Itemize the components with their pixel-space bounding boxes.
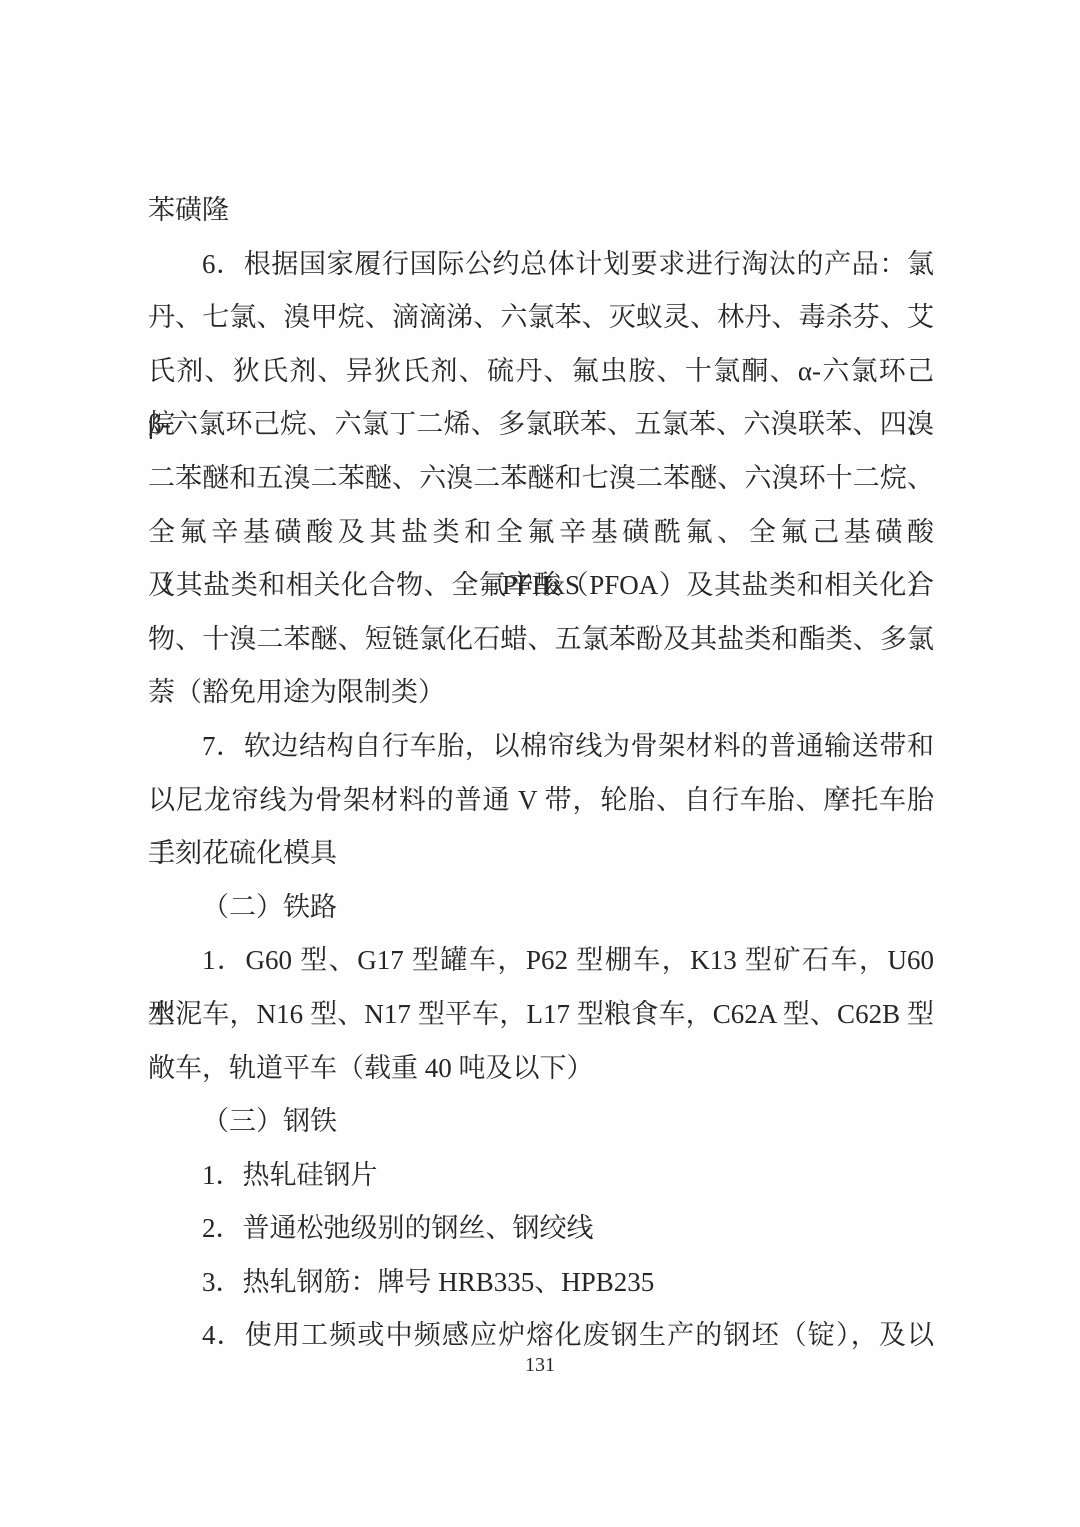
- text-block: 苯磺隆 6．根据国家履行国际公约总体计划要求进行淘汰的产品：氯 丹、七氯、溴甲烷…: [148, 184, 934, 1363]
- text-line-item-6-start: 6．根据国家履行国际公约总体计划要求进行淘汰的产品：氯: [148, 238, 934, 292]
- text-line: 二苯醚和五溴二苯醚、六溴二苯醚和七溴二苯醚、六溴环十二烷、: [148, 452, 934, 506]
- text-line-item-7-start: 7．软边结构自行车胎，以棉帘线为骨架材料的普通输送带和: [148, 720, 934, 774]
- text-line-item-2: 2．普通松弛级别的钢丝、钢绞线: [148, 1202, 934, 1256]
- text-line: 物、十溴二苯醚、短链氯化石蜡、五氯苯酚及其盐类和酯类、多氯: [148, 613, 934, 667]
- text-line-item-1-start: 1．G60 型、G17 型罐车，P62 型棚车，K13 型矿石车，U60 型: [148, 934, 934, 988]
- text-line-item-3: 3．热轧钢筋：牌号 HRB335、HPB235: [148, 1256, 934, 1310]
- text-line-paragraph-end: 苯磺隆: [148, 184, 934, 238]
- text-line: 全氟辛基磺酸及其盐类和全氟辛基磺酰氟、全氟己基磺酸（PFHxS）: [148, 506, 934, 560]
- section-heading-steel: （三）钢铁: [148, 1095, 934, 1149]
- text-line-paragraph-end: 工刻花硫化模具: [148, 827, 934, 881]
- text-line-paragraph-end: 萘（豁免用途为限制类）: [148, 666, 934, 720]
- text-line: 以尼龙帘线为骨架材料的普通 V 带，轮胎、自行车胎、摩托车胎手: [148, 774, 934, 828]
- text-line: 丹、七氯、溴甲烷、滴滴涕、六氯苯、灭蚁灵、林丹、毒杀芬、艾: [148, 291, 934, 345]
- section-heading-railway: （二）铁路: [148, 881, 934, 935]
- text-line: 水泥车，N16 型、N17 型平车，L17 型粮食车，C62A 型、C62B 型: [148, 988, 934, 1042]
- text-line-item-1: 1．热轧硅钢片: [148, 1149, 934, 1203]
- page: 苯磺隆 6．根据国家履行国际公约总体计划要求进行淘汰的产品：氯 丹、七氯、溴甲烷…: [0, 0, 1080, 1527]
- text-line-paragraph-end: 敞车，轨道平车（载重 40 吨及以下）: [148, 1042, 934, 1096]
- document-page-root: { "colors": { "text": "#262626", "backgr…: [0, 0, 1080, 1527]
- text-line: 及其盐类和相关化合物、全氟辛酸（PFOA）及其盐类和相关化合: [148, 559, 934, 613]
- text-line: β-六氯环己烷、六氯丁二烯、多氯联苯、五氯苯、六溴联苯、四溴: [148, 398, 934, 452]
- text-line: 氏剂、狄氏剂、异狄氏剂、硫丹、氟虫胺、十氯酮、α-六氯环己烷、: [148, 345, 934, 399]
- page-number: 131: [0, 1354, 1080, 1377]
